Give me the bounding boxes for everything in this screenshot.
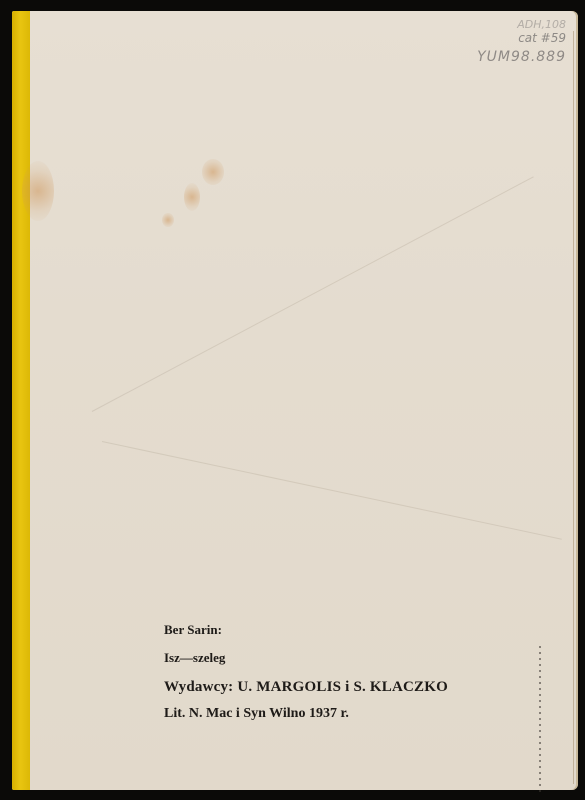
author-line: Ber Sarin: xyxy=(164,622,448,638)
catalog-note-line1: ADH,108 xyxy=(477,19,566,32)
catalog-note-line2: cat #59 xyxy=(477,32,566,46)
catalog-note-line3: YUM98.889 xyxy=(477,49,566,65)
paper-crease xyxy=(92,176,534,412)
yellow-spine-tape xyxy=(12,11,30,790)
stain-drip-mid xyxy=(184,183,200,211)
paper-crease xyxy=(102,441,562,540)
handwritten-catalog-notes: ADH,108 cat #59 YUM98.889 xyxy=(477,19,566,66)
stain-drip-bottom xyxy=(162,213,174,227)
stain-top-center xyxy=(202,159,224,185)
publishers-line: Wydawcy: U. MARGOLIS i S. KLACZKO xyxy=(164,679,448,696)
perforation-marks xyxy=(539,646,541,796)
printer-line: Lit. N. Mac i Syn Wilno 1937 r. xyxy=(164,706,448,722)
title-line: Isz—szeleg xyxy=(164,650,448,666)
imprint-block: Ber Sarin: Isz—szeleg Wydawcy: U. MARGOL… xyxy=(164,622,448,722)
page-right-edge xyxy=(573,31,574,784)
stain-left-edge xyxy=(22,161,54,221)
